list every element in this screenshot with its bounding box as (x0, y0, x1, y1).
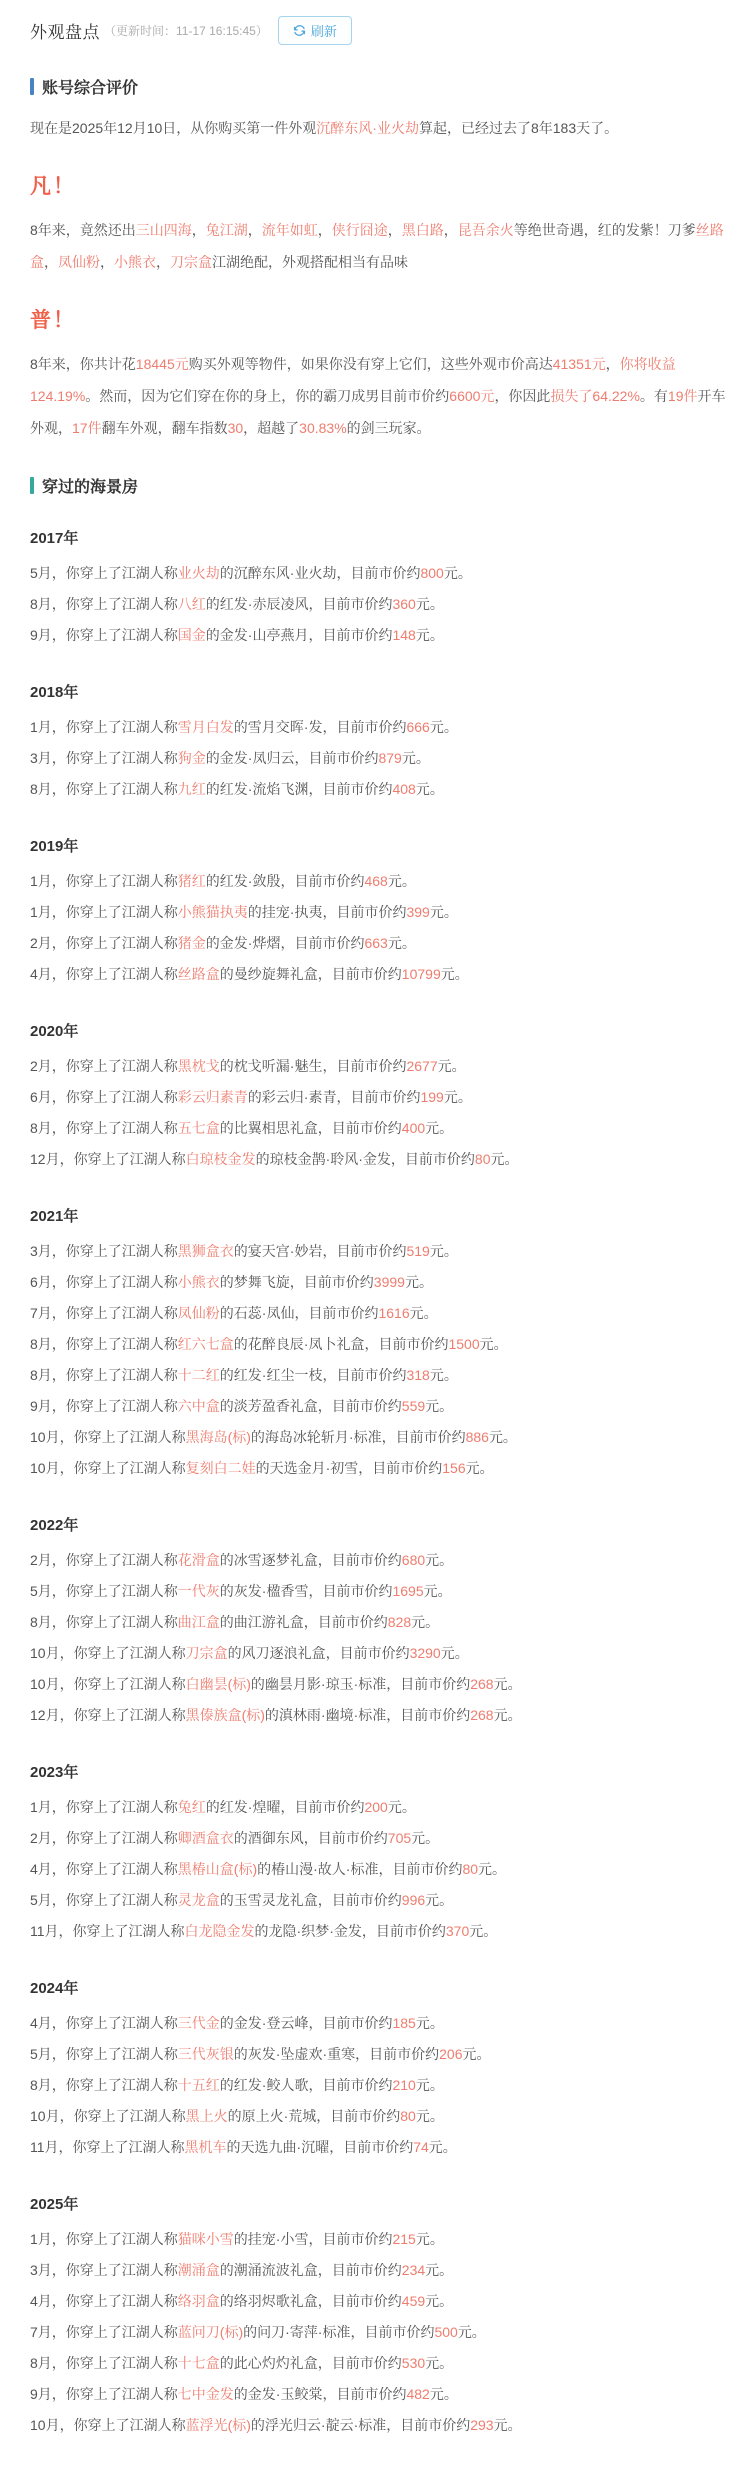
item-name: 天选九曲·沉曜 (241, 2139, 330, 2155)
entry-month: 3月 (30, 750, 52, 766)
timeline-entry: 10月，你穿上了江湖人称复刻白二娃的天选金月·初雪，目前市价约156元。 (30, 1453, 726, 1484)
item-price: 2677 (406, 1058, 437, 1074)
grade-heading-pu: 普！ (30, 304, 726, 334)
item-price: 468 (364, 873, 387, 889)
entry-month: 12月 (30, 1151, 60, 1167)
item-name: 淡芳盈香礼盒 (234, 1398, 318, 1414)
timeline-entry: 8月，你穿上了江湖人称五七盒的比翼相思礼盒，目前市价约400元。 (30, 1113, 726, 1144)
item-price: 519 (406, 1243, 429, 1259)
item-name: 灰发·楹香雪 (234, 1583, 309, 1599)
highlight-text: 18445元 (136, 356, 189, 372)
section-bar-icon (30, 477, 34, 494)
item-price: 148 (392, 627, 415, 643)
highlight-text: 17件 (72, 420, 102, 436)
timeline-entry: 10月，你穿上了江湖人称蓝浮光(标)的浮光归云·靛云·标准，目前市价约293元。 (30, 2410, 726, 2441)
item-nickname: 十五红 (178, 2077, 220, 2093)
item-name: 玉雪灵龙礼盒 (234, 1892, 318, 1908)
item-price: 206 (439, 2046, 462, 2062)
item-nickname: 黑海岛(标) (186, 1429, 251, 1445)
timeline-entry: 11月，你穿上了江湖人称白龙隐金发的龙隐·织梦·金发，目前市价约370元。 (30, 1916, 726, 1947)
entry-month: 7月 (30, 2324, 52, 2340)
item-name: 风刀逐浪礼盒 (242, 1645, 326, 1661)
item-name: 椿山漫·故人·标准 (271, 1861, 378, 1877)
item-price: 1616 (378, 1305, 409, 1321)
year-block: 2017年 5月，你穿上了江湖人称业火劫的沉醉东风·业火劫，目前市价约800元。… (30, 527, 726, 651)
item-name: 红发·红尘一枝 (234, 1367, 323, 1383)
timeline-entry: 4月，你穿上了江湖人称丝路盒的曼纱旋舞礼盒，目前市价约10799元。 (30, 959, 726, 990)
timeline-entry: 9月，你穿上了江湖人称六中盒的淡芳盈香礼盒，目前市价约559元。 (30, 1391, 726, 1422)
section-title-text: 穿过的海景房 (42, 474, 138, 497)
entry-month: 1月 (30, 719, 52, 735)
entry-month: 11月 (30, 2139, 59, 2155)
summary-adventure-paragraph: 8年来，竟然还出三山四海，兔江湖，流年如虹，侠行囧途，黑白路，昆吾余火等绝世奇遇… (30, 214, 726, 278)
entry-month: 10月 (30, 2108, 60, 2124)
timeline-entry: 2月，你穿上了江湖人称花滑盒的冰雪逐梦礼盒，目前市价约680元。 (30, 1545, 726, 1576)
item-name: 金发·山亭燕月 (220, 627, 309, 643)
item-nickname: 国金 (178, 627, 206, 643)
item-price: 1500 (448, 1336, 479, 1352)
timeline-entry: 8月，你穿上了江湖人称九红的红发·流焰飞渊，目前市价约408元。 (30, 774, 726, 805)
entry-month: 8月 (30, 1120, 52, 1136)
item-name: 红发·敛殷 (220, 873, 281, 889)
timeline-entry: 8月，你穿上了江湖人称十七盒的此心灼灼礼盒，目前市价约530元。 (30, 2348, 726, 2379)
item-nickname: 十七盒 (178, 2355, 220, 2371)
item-nickname: 白幽昙(标) (186, 1676, 251, 1692)
entry-month: 10月 (30, 1676, 60, 1692)
entry-month: 2月 (30, 1058, 52, 1074)
year-entries: 1月，你穿上了江湖人称兔红的红发·煌曜，目前市价约200元。 2月，你穿上了江湖… (30, 1792, 726, 1947)
timeline-entry: 10月，你穿上了江湖人称黑上火的原上火·荒城，目前市价约80元。 (30, 2101, 726, 2132)
item-nickname: 黑机车 (185, 2139, 227, 2155)
entry-month: 9月 (30, 2386, 52, 2402)
entry-month: 2月 (30, 1552, 52, 1568)
year-label: 2024年 (30, 1977, 726, 1998)
entry-month: 8月 (30, 2077, 52, 2093)
item-name: 潮涌流波礼盒 (234, 2262, 318, 2278)
item-name: 曼纱旋舞礼盒 (234, 966, 318, 982)
year-block: 2025年 1月，你穿上了江湖人称猫咪小雪的挂宠·小雪，目前市价约215元。 3… (30, 2193, 726, 2441)
section-title-account-summary: 账号综合评价 (30, 75, 726, 98)
item-price: 399 (406, 904, 429, 920)
item-nickname: 小熊猫执夷 (178, 904, 248, 920)
timeline-entry: 8月，你穿上了江湖人称八红的红发·赤辰凌风，目前市价约360元。 (30, 589, 726, 620)
year-label: 2019年 (30, 835, 726, 856)
entry-month: 6月 (30, 1089, 52, 1105)
highlight-text: 41351元 (553, 356, 606, 372)
highlight-text: 30 (228, 420, 244, 436)
item-nickname: 卿酒盒衣 (178, 1830, 234, 1846)
timeline-entry: 5月，你穿上了江湖人称三代灰银的灰发·坠虚欢·重寒，目前市价约206元。 (30, 2039, 726, 2070)
entry-month: 3月 (30, 2262, 52, 2278)
timeline-entry: 3月，你穿上了江湖人称潮涌盒的潮涌流波礼盒，目前市价约234元。 (30, 2255, 726, 2286)
timeline-entry: 6月，你穿上了江湖人称小熊衣的梦舞飞旋，目前市价约3999元。 (30, 1267, 726, 1298)
highlight-text: 流年如虹 (262, 222, 318, 238)
year-label: 2025年 (30, 2193, 726, 2214)
item-name: 龙隐·织梦·金发 (269, 1923, 362, 1939)
entry-month: 5月 (30, 1892, 52, 1908)
entry-month: 1月 (30, 1799, 52, 1815)
item-price: 3999 (374, 1274, 405, 1290)
year-entries: 4月，你穿上了江湖人称三代金的金发·登云峰，目前市价约185元。 5月，你穿上了… (30, 2008, 726, 2163)
item-name: 梦舞飞旋 (234, 1274, 290, 1290)
item-nickname: 雪月白发 (178, 719, 234, 735)
item-price: 996 (402, 1892, 425, 1908)
entry-month: 8月 (30, 1336, 52, 1352)
refresh-button-label: 刷新 (311, 21, 337, 40)
timeline-entry: 1月，你穿上了江湖人称猪红的红发·敛殷，目前市价约468元。 (30, 866, 726, 897)
item-nickname: 黑上火 (186, 2108, 228, 2124)
entry-month: 5月 (30, 565, 52, 581)
item-price: 886 (466, 1429, 489, 1445)
timeline-entry: 10月，你穿上了江湖人称黑海岛(标)的海岛冰轮斩月·标准，目前市价约886元。 (30, 1422, 726, 1453)
item-price: 408 (392, 781, 415, 797)
item-price: 360 (392, 596, 415, 612)
page-title: 外观盘点 (30, 18, 100, 43)
entry-month: 10月 (30, 2417, 60, 2433)
entry-month: 4月 (30, 2293, 52, 2309)
year-block: 2020年 2月，你穿上了江湖人称黑枕戈的枕戈听漏·魅生，目前市价约2677元。… (30, 1020, 726, 1175)
item-name: 海岛冰轮斩月·标准 (265, 1429, 382, 1445)
item-nickname: 六中盒 (178, 1398, 220, 1414)
entry-month: 4月 (30, 966, 52, 982)
item-name: 原上火·荒城 (242, 2108, 317, 2124)
item-nickname: 业火劫 (178, 565, 220, 581)
highlight-text: 沉醉东风·业火劫 (316, 120, 419, 136)
entry-month: 10月 (30, 1429, 60, 1445)
item-price: 800 (420, 565, 443, 581)
item-nickname: 黑枕戈 (178, 1058, 220, 1074)
item-name: 滇林雨·幽境·标准 (279, 1707, 386, 1723)
highlight-text: 损失了64.22% (550, 388, 639, 404)
year-entries: 1月，你穿上了江湖人称猪红的红发·敛殷，目前市价约468元。 1月，你穿上了江湖… (30, 866, 726, 990)
item-name: 红发·赤辰凌风 (220, 596, 309, 612)
entry-month: 12月 (30, 1707, 60, 1723)
year-label: 2018年 (30, 681, 726, 702)
item-price: 663 (364, 935, 387, 951)
item-name: 彩云归·素青 (262, 1089, 337, 1105)
item-nickname: 蓝问刀(标) (178, 2324, 243, 2340)
item-price: 80 (462, 1861, 478, 1877)
item-price: 666 (406, 719, 429, 735)
section-bar-icon (30, 78, 34, 95)
item-name: 雪月交晖·发 (248, 719, 323, 735)
entry-month: 9月 (30, 627, 52, 643)
timeline-entry: 3月，你穿上了江湖人称黑狮盒衣的宴天宫·妙岩，目前市价约519元。 (30, 1236, 726, 1267)
timeline-entry: 2月，你穿上了江湖人称卿酒盒衣的酒御东风，目前市价约705元。 (30, 1823, 726, 1854)
timeline-entry: 8月，你穿上了江湖人称十五红的红发·鲛人歌，目前市价约210元。 (30, 2070, 726, 2101)
item-name: 金发·凤归云 (220, 750, 295, 766)
item-price: 828 (388, 1614, 411, 1630)
entry-month: 10月 (30, 1460, 60, 1476)
year-entries: 2月，你穿上了江湖人称黑枕戈的枕戈听漏·魅生，目前市价约2677元。 6月，你穿… (30, 1051, 726, 1175)
item-price: 268 (470, 1707, 493, 1723)
entry-month: 1月 (30, 2231, 52, 2247)
item-name: 浮光归云·靛云·标准 (265, 2417, 386, 2433)
year-block: 2022年 2月，你穿上了江湖人称花滑盒的冰雪逐梦礼盒，目前市价约680元。 5… (30, 1514, 726, 1731)
item-price: 705 (388, 1830, 411, 1846)
timeline: 2017年 5月，你穿上了江湖人称业火劫的沉醉东风·业火劫，目前市价约800元。… (30, 527, 726, 2441)
entry-month: 8月 (30, 596, 52, 612)
item-name: 冰雪逐梦礼盒 (234, 1552, 318, 1568)
refresh-button[interactable]: 刷新 (278, 16, 352, 45)
item-nickname: 刀宗盒 (186, 1645, 228, 1661)
entry-month: 5月 (30, 2046, 52, 2062)
year-label: 2017年 (30, 527, 726, 548)
timeline-entry: 8月，你穿上了江湖人称红六七盒的花醉良辰·凤卜礼盒，目前市价约1500元。 (30, 1329, 726, 1360)
item-name: 花醉良辰·凤卜礼盒 (248, 1336, 365, 1352)
item-price: 879 (378, 750, 401, 766)
item-name: 挂宠·小雪 (248, 2231, 309, 2247)
entry-month: 1月 (30, 873, 52, 889)
highlight-text: 三山四海 (136, 222, 192, 238)
timeline-entry: 1月，你穿上了江湖人称雪月白发的雪月交晖·发，目前市价约666元。 (30, 712, 726, 743)
item-nickname: 白琼枝金发 (186, 1151, 256, 1167)
item-nickname: 彩云归素青 (178, 1089, 248, 1105)
item-nickname: 蓝浮光(标) (186, 2417, 251, 2433)
item-price: 482 (406, 2386, 429, 2402)
item-price: 400 (402, 1120, 425, 1136)
item-price: 215 (392, 2231, 415, 2247)
timeline-entry: 11月，你穿上了江湖人称黑机车的天选九曲·沉曜，目前市价约74元。 (30, 2132, 726, 2163)
year-block: 2023年 1月，你穿上了江湖人称兔红的红发·煌曜，目前市价约200元。 2月，… (30, 1761, 726, 1947)
timeline-entry: 1月，你穿上了江湖人称兔红的红发·煌曜，目前市价约200元。 (30, 1792, 726, 1823)
highlight-text: 兔江湖 (206, 222, 248, 238)
item-name: 酒御东风 (248, 1830, 304, 1846)
item-nickname: 十二红 (178, 1367, 220, 1383)
refresh-icon (293, 24, 306, 37)
summary-spending-paragraph: 8年来，你共计花18445元购买外观等物件，如果你没有穿上它们，这些外观市价高达… (30, 348, 726, 444)
year-block: 2019年 1月，你穿上了江湖人称猪红的红发·敛殷，目前市价约468元。 1月，… (30, 835, 726, 990)
item-price: 3290 (410, 1645, 441, 1661)
item-name: 络羽烬歌礼盒 (234, 2293, 318, 2309)
entry-month: 8月 (30, 1614, 52, 1630)
timeline-entry: 12月，你穿上了江湖人称黑傣族盒(标)的滇林雨·幽境·标准，目前市价约268元。 (30, 1700, 726, 1731)
highlight-text: 30.83% (299, 420, 346, 436)
timeline-entry: 8月，你穿上了江湖人称十二红的红发·红尘一枝，目前市价约318元。 (30, 1360, 726, 1391)
item-nickname: 红六七盒 (178, 1336, 234, 1352)
item-price: 268 (470, 1676, 493, 1692)
timeline-entry: 2月，你穿上了江湖人称猪金的金发·烨熠，目前市价约663元。 (30, 928, 726, 959)
entry-month: 9月 (30, 1398, 52, 1414)
timeline-entry: 2月，你穿上了江湖人称黑枕戈的枕戈听漏·魅生，目前市价约2677元。 (30, 1051, 726, 1082)
item-nickname: 黑傣族盒(标) (186, 1707, 265, 1723)
entry-month: 6月 (30, 1274, 52, 1290)
entry-month: 10月 (30, 1645, 60, 1661)
entry-month: 4月 (30, 2015, 52, 2031)
item-name: 挂宠·执夷 (262, 904, 323, 920)
year-entries: 3月，你穿上了江湖人称黑狮盒衣的宴天宫·妙岩，目前市价约519元。 6月，你穿上… (30, 1236, 726, 1484)
item-nickname: 潮涌盒 (178, 2262, 220, 2278)
highlight-text: 黑白路 (402, 222, 444, 238)
page-header: 外观盘点 （更新时间：11-17 16:15:45） 刷新 (30, 16, 726, 45)
item-name: 红发·鲛人歌 (234, 2077, 309, 2093)
timeline-entry: 5月，你穿上了江湖人称业火劫的沉醉东风·业火劫，目前市价约800元。 (30, 558, 726, 589)
item-nickname: 九红 (178, 781, 206, 797)
item-price: 185 (392, 2015, 415, 2031)
year-entries: 1月，你穿上了江湖人称雪月白发的雪月交晖·发，目前市价约666元。 3月，你穿上… (30, 712, 726, 805)
item-price: 500 (434, 2324, 457, 2340)
entry-month: 8月 (30, 781, 52, 797)
timeline-entry: 9月，你穿上了江湖人称七中金发的金发·玉鲛棠，目前市价约482元。 (30, 2379, 726, 2410)
year-label: 2023年 (30, 1761, 726, 1782)
entry-month: 8月 (30, 2355, 52, 2371)
item-nickname: 三代金 (178, 2015, 220, 2031)
timeline-entry: 5月，你穿上了江湖人称一代灰的灰发·楹香雪，目前市价约1695元。 (30, 1576, 726, 1607)
timeline-entry: 8月，你穿上了江湖人称曲江盒的曲江游礼盒，目前市价约828元。 (30, 1607, 726, 1638)
item-name: 此心灼灼礼盒 (234, 2355, 318, 2371)
item-price: 1695 (392, 1583, 423, 1599)
item-nickname: 猫咪小雪 (178, 2231, 234, 2247)
item-price: 199 (420, 1089, 443, 1105)
item-price: 210 (392, 2077, 415, 2093)
item-price: 293 (470, 2417, 493, 2433)
year-block: 2024年 4月，你穿上了江湖人称三代金的金发·登云峰，目前市价约185元。 5… (30, 1977, 726, 2163)
item-nickname: 曲江盒 (178, 1614, 220, 1630)
item-name: 枕戈听漏·魅生 (234, 1058, 323, 1074)
item-nickname: 五七盒 (178, 1120, 220, 1136)
item-name: 宴天宫·妙岩 (248, 1243, 323, 1259)
year-label: 2022年 (30, 1514, 726, 1535)
item-name: 灰发·坠虚欢·重寒 (248, 2046, 355, 2062)
entry-month: 8月 (30, 1367, 52, 1383)
timeline-entry: 1月，你穿上了江湖人称小熊猫执夷的挂宠·执夷，目前市价约399元。 (30, 897, 726, 928)
timeline-entry: 4月，你穿上了江湖人称络羽盒的络羽烬歌礼盒，目前市价约459元。 (30, 2286, 726, 2317)
item-nickname: 花滑盒 (178, 1552, 220, 1568)
timeline-entry: 10月，你穿上了江湖人称白幽昙(标)的幽昙月影·琼玉·标准，目前市价约268元。 (30, 1669, 726, 1700)
item-nickname: 凤仙粉 (178, 1305, 220, 1321)
item-name: 天选金月·初雪 (270, 1460, 359, 1476)
item-price: 80 (475, 1151, 491, 1167)
update-time: （更新时间：11-17 16:15:45） (104, 22, 268, 39)
timeline-entry: 6月，你穿上了江湖人称彩云归素青的彩云归·素青，目前市价约199元。 (30, 1082, 726, 1113)
entry-month: 1月 (30, 904, 52, 920)
item-nickname: 狗金 (178, 750, 206, 766)
highlight-text: 小熊衣 (114, 254, 156, 270)
entry-month: 2月 (30, 1830, 52, 1846)
grade-heading-fan: 凡！ (30, 170, 726, 200)
section-title-text: 账号综合评价 (42, 75, 138, 98)
item-name: 沉醉东风·业火劫 (234, 565, 337, 581)
item-price: 530 (402, 2355, 425, 2371)
item-nickname: 白龙隐金发 (185, 1923, 255, 1939)
item-nickname: 猪金 (178, 935, 206, 951)
item-nickname: 络羽盒 (178, 2293, 220, 2309)
year-block: 2018年 1月，你穿上了江湖人称雪月白发的雪月交晖·发，目前市价约666元。 … (30, 681, 726, 805)
item-name: 琼枝金鹊·聆风·金发 (270, 1151, 391, 1167)
year-block: 2021年 3月，你穿上了江湖人称黑狮盒衣的宴天宫·妙岩，目前市价约519元。 … (30, 1205, 726, 1484)
year-label: 2020年 (30, 1020, 726, 1041)
item-nickname: 猪红 (178, 873, 206, 889)
timeline-entry: 4月，你穿上了江湖人称黑椿山盒(标)的椿山漫·故人·标准，目前市价约80元。 (30, 1854, 726, 1885)
item-nickname: 黑椿山盒(标) (178, 1861, 257, 1877)
entry-month: 7月 (30, 1305, 52, 1321)
timeline-entry: 1月，你穿上了江湖人称猫咪小雪的挂宠·小雪，目前市价约215元。 (30, 2224, 726, 2255)
item-price: 459 (402, 2293, 425, 2309)
item-name: 金发·玉鲛棠 (248, 2386, 323, 2402)
item-price: 10799 (402, 966, 441, 982)
item-price: 370 (446, 1923, 469, 1939)
item-nickname: 丝路盒 (178, 966, 220, 982)
item-nickname: 七中金发 (178, 2386, 234, 2402)
highlight-text: 19件 (668, 388, 698, 404)
item-price: 200 (364, 1799, 387, 1815)
timeline-entry: 12月，你穿上了江湖人称白琼枝金发的琼枝金鹊·聆风·金发，目前市价约80元。 (30, 1144, 726, 1175)
item-name: 金发·烨熠 (220, 935, 281, 951)
timeline-entry: 5月，你穿上了江湖人称灵龙盒的玉雪灵龙礼盒，目前市价约996元。 (30, 1885, 726, 1916)
timeline-entry: 9月，你穿上了江湖人称国金的金发·山亭燕月，目前市价约148元。 (30, 620, 726, 651)
highlight-text: 6600元 (449, 388, 494, 404)
item-price: 74 (413, 2139, 429, 2155)
item-name: 比翼相思礼盒 (234, 1120, 318, 1136)
timeline-entry: 3月，你穿上了江湖人称狗金的金发·凤归云，目前市价约879元。 (30, 743, 726, 774)
highlight-text: 凤仙粉 (58, 254, 100, 270)
year-entries: 5月，你穿上了江湖人称业火劫的沉醉东风·业火劫，目前市价约800元。 8月，你穿… (30, 558, 726, 651)
entry-month: 3月 (30, 1243, 52, 1259)
item-price: 80 (400, 2108, 416, 2124)
item-price: 680 (402, 1552, 425, 1568)
item-nickname: 小熊衣 (178, 1274, 220, 1290)
summary-intro-paragraph: 现在是2025年12月10日，从你购买第一件外观沉醉东风·业火劫算起，已经过去了… (30, 112, 726, 144)
item-price: 234 (402, 2262, 425, 2278)
item-name: 金发·登云峰 (234, 2015, 309, 2031)
item-name: 幽昙月影·琼玉·标准 (265, 1676, 386, 1692)
highlight-text: 昆吾余火 (458, 222, 514, 238)
item-name: 红发·流焰飞渊 (220, 781, 309, 797)
entry-month: 4月 (30, 1861, 52, 1877)
timeline-entry: 7月，你穿上了江湖人称凤仙粉的石蕊·凤仙，目前市价约1616元。 (30, 1298, 726, 1329)
highlight-text: 侠行囧途 (332, 222, 388, 238)
item-nickname: 兔红 (178, 1799, 206, 1815)
item-nickname: 八红 (178, 596, 206, 612)
item-name: 曲江游礼盒 (234, 1614, 304, 1630)
appearance-report-page: 外观盘点 （更新时间：11-17 16:15:45） 刷新 账号综合评价 现在是… (0, 0, 756, 2487)
entry-month: 2月 (30, 935, 52, 951)
item-name: 石蕊·凤仙 (234, 1305, 295, 1321)
item-name: 问刀·寄萍·标准 (257, 2324, 350, 2340)
year-entries: 2月，你穿上了江湖人称花滑盒的冰雪逐梦礼盒，目前市价约680元。 5月，你穿上了… (30, 1545, 726, 1731)
item-price: 559 (402, 1398, 425, 1414)
item-name: 红发·煌曜 (220, 1799, 281, 1815)
entry-month: 11月 (30, 1923, 59, 1939)
entry-month: 5月 (30, 1583, 52, 1599)
timeline-entry: 7月，你穿上了江湖人称蓝问刀(标)的问刀·寄萍·标准，目前市价约500元。 (30, 2317, 726, 2348)
year-label: 2021年 (30, 1205, 726, 1226)
item-price: 318 (406, 1367, 429, 1383)
section-title-worn-items: 穿过的海景房 (30, 474, 726, 497)
item-price: 156 (442, 1460, 465, 1476)
timeline-entry: 10月，你穿上了江湖人称刀宗盒的风刀逐浪礼盒，目前市价约3290元。 (30, 1638, 726, 1669)
item-nickname: 复刻白二娃 (186, 1460, 256, 1476)
item-nickname: 黑狮盒衣 (178, 1243, 234, 1259)
item-nickname: 一代灰 (178, 1583, 220, 1599)
timeline-entry: 4月，你穿上了江湖人称三代金的金发·登云峰，目前市价约185元。 (30, 2008, 726, 2039)
year-entries: 1月，你穿上了江湖人称猫咪小雪的挂宠·小雪，目前市价约215元。 3月，你穿上了… (30, 2224, 726, 2441)
highlight-text: 刀宗盒 (170, 254, 212, 270)
item-nickname: 三代灰银 (178, 2046, 234, 2062)
item-nickname: 灵龙盒 (178, 1892, 220, 1908)
